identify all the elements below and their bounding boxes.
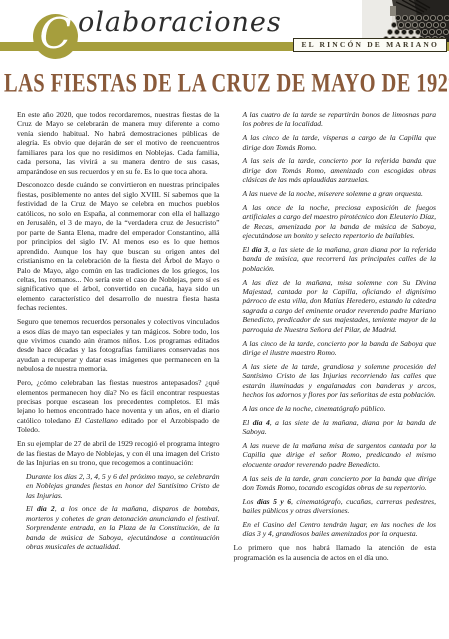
left-column: En este año 2020, que todos recordaremos… bbox=[17, 110, 220, 566]
text-run: , a los once de la mañana, disparos de b… bbox=[26, 504, 220, 551]
section-logo-circle: C bbox=[33, 14, 78, 59]
body-paragraph: En su ejemplar de 27 de abril de 1929 re… bbox=[17, 439, 220, 467]
text-run: El Castellano bbox=[74, 416, 117, 425]
text-run: Seguro que tenemos recuerdos personales … bbox=[17, 317, 220, 373]
body-paragraph: Desconozco desde cuándo se convirtieron … bbox=[17, 180, 220, 312]
body-paragraph: En este año 2020, que todos recordaremos… bbox=[17, 110, 220, 176]
text-run: A las seis de la tarde, concierto por la… bbox=[243, 156, 437, 184]
text-run: En su ejemplar de 27 de abril de 1929 re… bbox=[17, 439, 220, 467]
text-run: A las siete de la tarde, grandiosa y sol… bbox=[243, 362, 437, 399]
body-paragraph: Lo primero que nos habrá llamado la aten… bbox=[234, 543, 437, 562]
text-run: día 4 bbox=[253, 418, 270, 427]
program-quote-paragraph: A las seis de la tarde, gran concierto p… bbox=[243, 474, 437, 493]
program-quote-paragraph: Durante los días 2, 3, 4, 5 y 6 del próx… bbox=[26, 472, 220, 500]
text-run: El bbox=[26, 504, 37, 513]
text-run: A las cuatro de la tarde se repartirán b… bbox=[243, 110, 437, 128]
magazine-page: C olaboraciones EL RINCÓN DE MARIANO LAS… bbox=[0, 0, 449, 639]
corner-label: EL RINCÓN DE MARIANO bbox=[293, 38, 447, 52]
program-quote-paragraph: A las cinco de la tarde, concierto por l… bbox=[243, 339, 437, 358]
text-run: , a las siete de la mañana, gran diana p… bbox=[243, 245, 437, 273]
text-run: El bbox=[243, 245, 252, 254]
program-quote-paragraph: A las cinco de la tarde, vísperas a carg… bbox=[243, 133, 437, 152]
right-column: A las cuatro de la tarde se repartirán b… bbox=[234, 110, 437, 566]
text-run: A las cinco de la tarde, concierto por l… bbox=[243, 339, 437, 357]
text-run: día 2 bbox=[37, 504, 55, 513]
program-quote-paragraph: A las once de la noche, cinematógrafo pú… bbox=[243, 404, 437, 413]
text-run: El bbox=[243, 418, 253, 427]
text-run: En el Casino del Centro tendrán lugar, e… bbox=[243, 520, 437, 538]
program-quote-paragraph: Los días 5 y 6, cinematógrafo, cucañas, … bbox=[243, 497, 437, 516]
program-quote-paragraph: El día 3, a las siete de la mañana, gran… bbox=[243, 245, 437, 273]
program-quote-paragraph: A las siete de la tarde, grandiosa y sol… bbox=[243, 362, 437, 400]
text-run: , a las siete de la mañana, diana por la… bbox=[243, 418, 437, 436]
section-initial: C bbox=[39, 13, 71, 55]
body-paragraph: Pero, ¿cómo celebraban las fiestas nuest… bbox=[17, 378, 220, 435]
text-run: A las nueve de la noche, miserere solemn… bbox=[243, 189, 423, 198]
article-title-text: LAS FIESTAS DE LA CRUZ DE MAYO DE 1929 bbox=[4, 70, 449, 99]
article-title: LAS FIESTAS DE LA CRUZ DE MAYO DE 1929 bbox=[4, 73, 445, 96]
text-run: días 5 y 6 bbox=[257, 497, 291, 506]
program-quote-paragraph: El día 2, a los once de la mañana, dispa… bbox=[26, 504, 220, 551]
program-quote-paragraph: El día 4, a las siete de la mañana, dian… bbox=[243, 418, 437, 437]
program-quote-paragraph: A las diez de la mañana, misa solemne co… bbox=[243, 278, 437, 335]
program-quote-paragraph: A las seis de la tarde, concierto por la… bbox=[243, 156, 437, 184]
text-run: día 3 bbox=[252, 245, 268, 254]
body-paragraph: Seguro que tenemos recuerdos personales … bbox=[17, 317, 220, 374]
text-run: A las once de la noche, preciosa exposic… bbox=[243, 203, 437, 240]
text-run: A las seis de la tarde, gran concierto p… bbox=[243, 474, 437, 492]
page-header: C olaboraciones EL RINCÓN DE MARIANO bbox=[0, 0, 449, 58]
program-quote-paragraph: A las nueve de la mañana misa de sargent… bbox=[243, 441, 437, 469]
program-quote-paragraph: A las once de la noche, preciosa exposic… bbox=[243, 203, 437, 241]
text-run: A las cinco de la tarde, vísperas a carg… bbox=[243, 133, 437, 151]
text-run: A las nueve de la mañana misa de sargent… bbox=[243, 441, 437, 469]
program-quote-paragraph: A las cuatro de la tarde se repartirán b… bbox=[243, 110, 437, 129]
text-run: Desconozco desde cuándo se convirtieron … bbox=[17, 180, 220, 312]
text-run: Lo primero que nos habrá llamado la aten… bbox=[234, 543, 437, 561]
text-run: En este año 2020, que todos recordaremos… bbox=[17, 110, 220, 176]
text-run: A las diez de la mañana, misa solemne co… bbox=[243, 278, 437, 334]
text-run: Los bbox=[243, 497, 257, 506]
text-run: Durante los días 2, 3, 4, 5 y 6 del próx… bbox=[26, 472, 220, 500]
program-quote-paragraph: En el Casino del Centro tendrán lugar, e… bbox=[243, 520, 437, 539]
text-run: A las once de la noche, cinematógrafo pú… bbox=[243, 404, 386, 413]
section-title: olaboraciones bbox=[78, 7, 282, 38]
article-body: En este año 2020, que todos recordaremos… bbox=[0, 102, 449, 566]
program-quote-paragraph: A las nueve de la noche, miserere solemn… bbox=[243, 189, 437, 198]
